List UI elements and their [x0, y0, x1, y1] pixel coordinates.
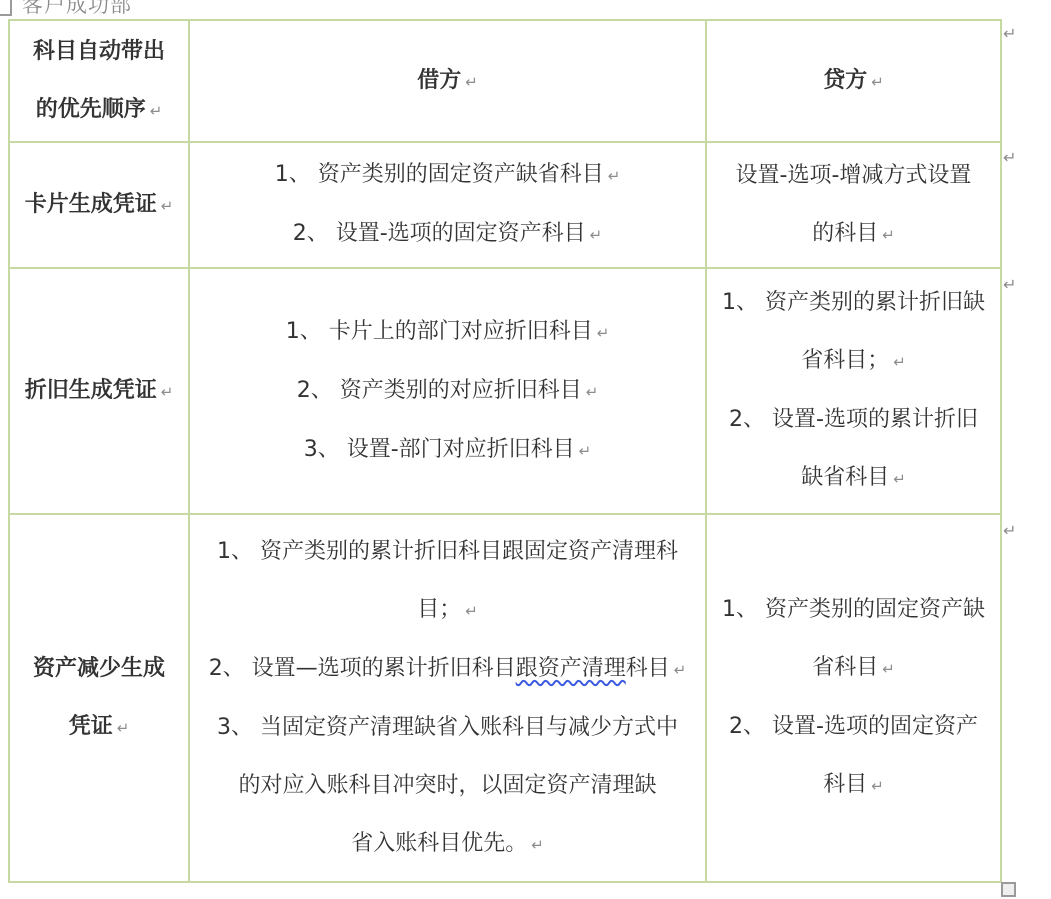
line-text: 省科目；	[801, 348, 889, 373]
line-text: 借方	[417, 68, 461, 93]
cell-depreciation-debit[interactable]: 1、 卡片上的部门对应折旧科目↵ 2、 资产类别的对应折旧科目↵ 3、 设置-部…	[189, 268, 706, 514]
cell-line: 目；↵	[194, 581, 701, 640]
cell-line: 科目↵	[711, 756, 996, 815]
line-text: 资产减少生成	[33, 656, 165, 681]
cell-line: 设置-选项-增减方式设置	[711, 147, 996, 205]
line-text: 缺省科目	[801, 465, 889, 490]
line-text: 省科目	[812, 655, 878, 680]
line-text: 的对应入账科目冲突时，以固定资产清理缺	[238, 773, 656, 798]
cell-line: 3、 设置-部门对应折旧科目↵	[194, 421, 701, 480]
pilcrow-mark: ↵	[117, 719, 130, 737]
pilcrow-mark: ↵	[1003, 523, 1016, 539]
pilcrow-mark: ↵	[590, 226, 603, 244]
line-text: 2、 设置-选项的累计折旧	[729, 407, 978, 432]
spellcheck-underlined-text: 跟资产清理	[516, 656, 626, 681]
row-label-asset-decrease-voucher[interactable]: 资产减少生成 凭证↵	[9, 514, 189, 882]
pilcrow-mark: ↵	[150, 102, 163, 120]
cell-line: 的对应入账科目冲突时，以固定资产清理缺	[194, 757, 701, 815]
department-note: 客户成功部	[22, 0, 132, 18]
table-row-card-voucher: 卡片生成凭证↵ 1、 资产类别的固定资产缺省科目↵ 2、 设置-选项的固定资产科…	[9, 142, 1001, 268]
pilcrow-mark: ↵	[893, 470, 906, 488]
line-text: 的科目	[812, 221, 878, 246]
line-text: 1、 卡片上的部门对应折旧科目	[286, 319, 593, 344]
pilcrow-mark: ↵	[608, 167, 621, 185]
pilcrow-mark: ↵	[579, 442, 592, 460]
cell-line: 2、 设置-选项的固定资产	[711, 698, 996, 756]
pilcrow-mark: ↵	[882, 660, 895, 678]
cell-line: 1、 资产类别的累计折旧缺	[711, 274, 996, 332]
cell-line: 折旧生成凭证↵	[14, 362, 184, 421]
pilcrow-mark: ↵	[871, 73, 884, 91]
pilcrow-mark: ↵	[893, 353, 906, 371]
line-text: 3、 当固定资产清理缺省入账科目与减少方式中	[217, 715, 678, 740]
line-text: 1、 资产类别的累计折旧科目跟固定资产清理科	[217, 539, 678, 564]
line-text: 3、 设置-部门对应折旧科目	[304, 437, 575, 462]
cell-line: 凭证↵	[14, 698, 184, 757]
cell-asset-decrease-credit[interactable]: 1、 资产类别的固定资产缺 省科目↵ 2、 设置-选项的固定资产 科目↵	[706, 514, 1001, 882]
line-text: 省入账科目优先。	[351, 831, 527, 856]
line-text: 2、 设置-选项的固定资产科目	[293, 221, 586, 246]
table-row-asset-decrease-voucher: 资产减少生成 凭证↵ 1、 资产类别的累计折旧科目跟固定资产清理科 目；↵ 2、…	[9, 514, 1001, 882]
line-text: 1、 资产类别的累计折旧缺	[722, 290, 985, 315]
line-text: 科目	[626, 656, 670, 681]
line-text: 折旧生成凭证	[25, 378, 157, 403]
line-text: 2、 设置—选项的累计折旧科目	[209, 656, 516, 681]
cell-line: 贷方↵	[711, 52, 996, 111]
cell-line: 省科目；↵	[711, 332, 996, 391]
table-resize-handle[interactable]	[1001, 882, 1016, 897]
cell-line: 科目自动带出	[14, 23, 184, 81]
cell-line: 2、 设置-选项的累计折旧	[711, 391, 996, 449]
pilcrow-mark: ↵	[597, 324, 610, 342]
cell-card-credit[interactable]: 设置-选项-增减方式设置 的科目↵	[706, 142, 1001, 268]
table-move-handle[interactable]	[0, 0, 12, 16]
cell-line: 3、 当固定资产清理缺省入账科目与减少方式中	[194, 699, 701, 757]
table-header-row: 科目自动带出 的优先顺序↵ 借方↵ 贷方↵	[9, 20, 1001, 142]
header-cell-debit[interactable]: 借方↵	[189, 20, 706, 142]
cell-line: 2、 设置—选项的累计折旧科目跟资产清理科目↵	[194, 640, 701, 699]
row-label-depreciation-voucher[interactable]: 折旧生成凭证↵	[9, 268, 189, 514]
pilcrow-mark: ↵	[1003, 26, 1016, 42]
line-text: 1、 资产类别的固定资产缺	[722, 597, 985, 622]
pilcrow-mark: ↵	[882, 226, 895, 244]
cell-line: 1、 资产类别的累计折旧科目跟固定资产清理科	[194, 523, 701, 581]
line-text: 的优先顺序	[36, 97, 146, 122]
cell-line: 缺省科目↵	[711, 449, 996, 508]
table-row-depreciation-voucher: 折旧生成凭证↵ 1、 卡片上的部门对应折旧科目↵ 2、 资产类别的对应折旧科目↵…	[9, 268, 1001, 514]
cell-line: 的科目↵	[711, 205, 996, 264]
pilcrow-mark: ↵	[674, 661, 687, 679]
cell-line: 2、 设置-选项的固定资产科目↵	[194, 205, 701, 264]
pilcrow-mark: ↵	[161, 383, 174, 401]
cell-line: 1、 卡片上的部门对应折旧科目↵	[194, 303, 701, 362]
cell-card-debit[interactable]: 1、 资产类别的固定资产缺省科目↵ 2、 设置-选项的固定资产科目↵	[189, 142, 706, 268]
cell-depreciation-credit[interactable]: 1、 资产类别的累计折旧缺 省科目；↵ 2、 设置-选项的累计折旧 缺省科目↵	[706, 268, 1001, 514]
cell-line: 省科目↵	[711, 639, 996, 698]
line-text: 目；	[417, 597, 461, 622]
pilcrow-mark: ↵	[465, 73, 478, 91]
header-cell-priority[interactable]: 科目自动带出 的优先顺序↵	[9, 20, 189, 142]
cell-line: 资产减少生成	[14, 640, 184, 698]
pilcrow-mark: ↵	[1003, 277, 1016, 293]
cell-line: 卡片生成凭证↵	[14, 176, 184, 235]
line-text: 设置-选项-增减方式设置	[736, 163, 972, 188]
pilcrow-mark: ↵	[161, 197, 174, 215]
line-text: 凭证	[69, 714, 113, 739]
header-cell-credit[interactable]: 贷方↵	[706, 20, 1001, 142]
pilcrow-mark: ↵	[1003, 150, 1016, 166]
line-text: 科目自动带出	[33, 39, 165, 64]
line-text: 卡片生成凭证	[25, 192, 157, 217]
cell-line: 1、 资产类别的固定资产缺	[711, 581, 996, 639]
cell-line: 的优先顺序↵	[14, 81, 184, 140]
cell-line: 省入账科目优先。↵	[194, 815, 701, 874]
line-text: 1、 资产类别的固定资产缺省科目	[275, 162, 604, 187]
cell-line: 借方↵	[194, 52, 701, 111]
pilcrow-mark: ↵	[586, 383, 599, 401]
cell-line: 1、 资产类别的固定资产缺省科目↵	[194, 146, 701, 205]
cell-line: 2、 资产类别的对应折旧科目↵	[194, 362, 701, 421]
pilcrow-mark: ↵	[465, 602, 478, 620]
line-text: 2、 资产类别的对应折旧科目	[297, 378, 582, 403]
pilcrow-mark: ↵	[531, 836, 544, 854]
line-text: 贷方	[823, 68, 867, 93]
cell-asset-decrease-debit[interactable]: 1、 资产类别的累计折旧科目跟固定资产清理科 目；↵ 2、 设置—选项的累计折旧…	[189, 514, 706, 882]
accounting-subjects-table: 科目自动带出 的优先顺序↵ 借方↵ 贷方↵ 卡片生成凭证↵ 1、 资产类别的固定…	[8, 19, 1002, 883]
line-text: 科目	[823, 772, 867, 797]
pilcrow-mark: ↵	[871, 777, 884, 795]
row-label-card-voucher[interactable]: 卡片生成凭证↵	[9, 142, 189, 268]
line-text: 2、 设置-选项的固定资产	[729, 714, 978, 739]
